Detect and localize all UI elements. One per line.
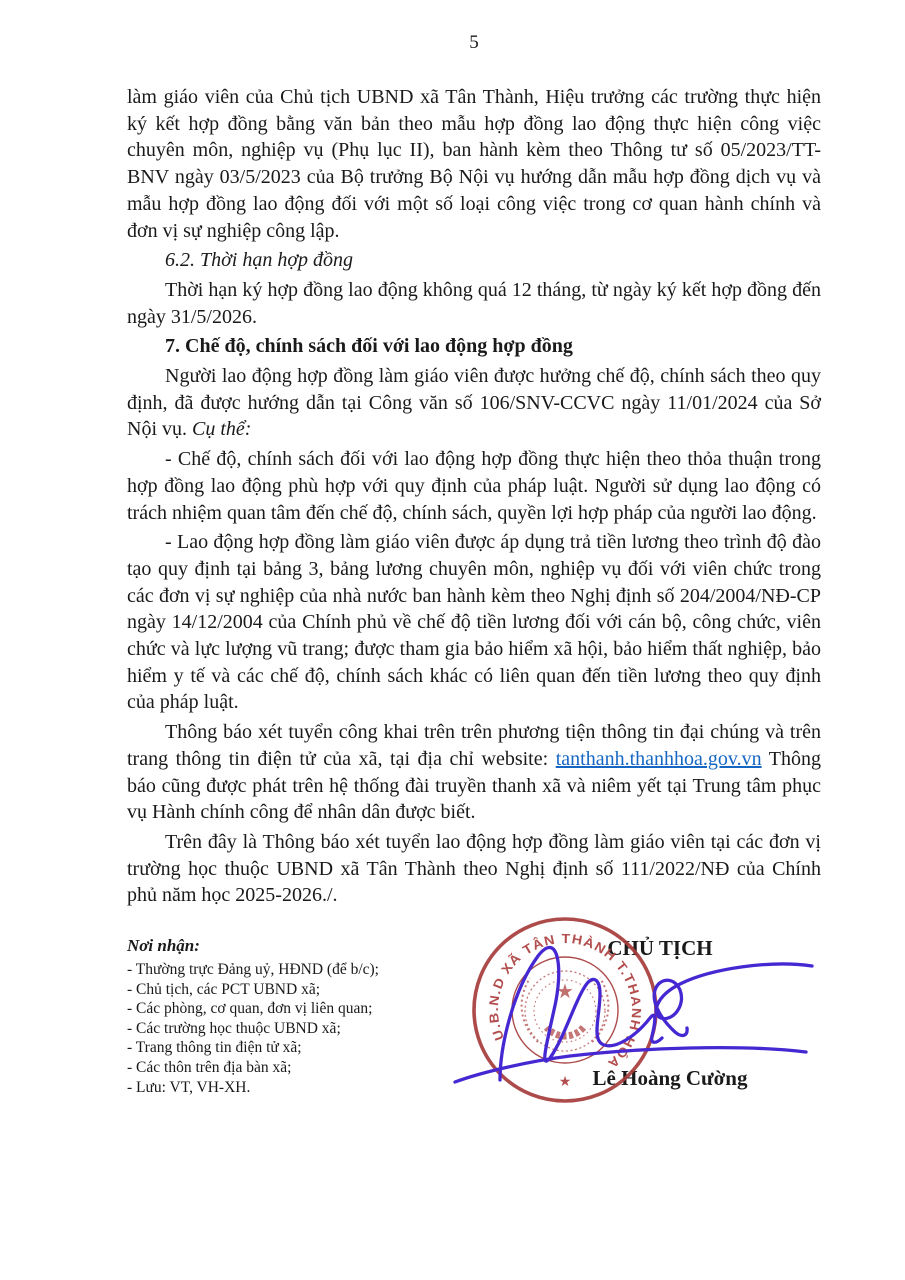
national-emblem-icon: ★: [522, 971, 609, 1051]
recipient-line: - Thường trực Đảng uỷ, HĐND (để b/c);: [127, 960, 467, 980]
policy-intro-italic: Cụ thể:: [192, 418, 251, 440]
recipient-line: - Các trường học thuộc UBND xã;: [127, 1019, 467, 1039]
signer-name: Lê Hoàng Cường: [520, 1066, 820, 1091]
page-number: 5: [127, 32, 821, 54]
recipients-title: Nơi nhận:: [127, 936, 467, 956]
paragraph-policy-intro: Người lao động hợp đồng làm giáo viên đư…: [127, 363, 821, 443]
recipient-line: - Các thôn trên địa bàn xã;: [127, 1058, 467, 1078]
website-link[interactable]: tanthanh.thanhhoa.gov.vn: [556, 748, 762, 770]
heading-6-2: 6.2. Thời hạn hợp đồng: [127, 247, 821, 274]
recipients-block: Nơi nhận: - Thường trực Đảng uỷ, HĐND (đ…: [127, 936, 467, 1097]
emblem-star: ★: [556, 981, 574, 1003]
paragraph-contract-duration: Thời hạn ký hợp đồng lao động không quá …: [127, 277, 821, 330]
recipient-line: - Các phòng, cơ quan, đơn vị liên quan;: [127, 999, 467, 1019]
signer-title: CHỦ TỊCH: [520, 936, 800, 961]
document-body: làm giáo viên của Chủ tịch UBND xã Tân T…: [127, 84, 821, 912]
paragraph-closing: Trên đây là Thông báo xét tuyển lao động…: [127, 829, 821, 909]
recipient-line: - Chủ tịch, các PCT UBND xã;: [127, 980, 467, 1000]
paragraph-salary: - Lao động hợp đồng làm giáo viên được á…: [127, 529, 821, 716]
paragraph-continuation: làm giáo viên của Chủ tịch UBND xã Tân T…: [127, 84, 821, 244]
signature-icon: [455, 947, 812, 1082]
document-page: 5 làm giáo viên của Chủ tịch UBND xã Tân…: [0, 0, 905, 1280]
signature-flourish: [654, 964, 812, 1035]
signature-main: [500, 947, 662, 1080]
recipient-line: - Trang thông tin điện tử xã;: [127, 1038, 467, 1058]
heading-7: 7. Chế độ, chính sách đối với lao động h…: [127, 333, 821, 360]
recipient-line: - Lưu: VT, VH-XH.: [127, 1078, 467, 1098]
paragraph-announcement: Thông báo xét tuyển công khai trên trên …: [127, 719, 821, 826]
paragraph-regime: - Chế độ, chính sách đối với lao động hợ…: [127, 446, 821, 526]
stamp-inner-ring: [512, 957, 618, 1063]
